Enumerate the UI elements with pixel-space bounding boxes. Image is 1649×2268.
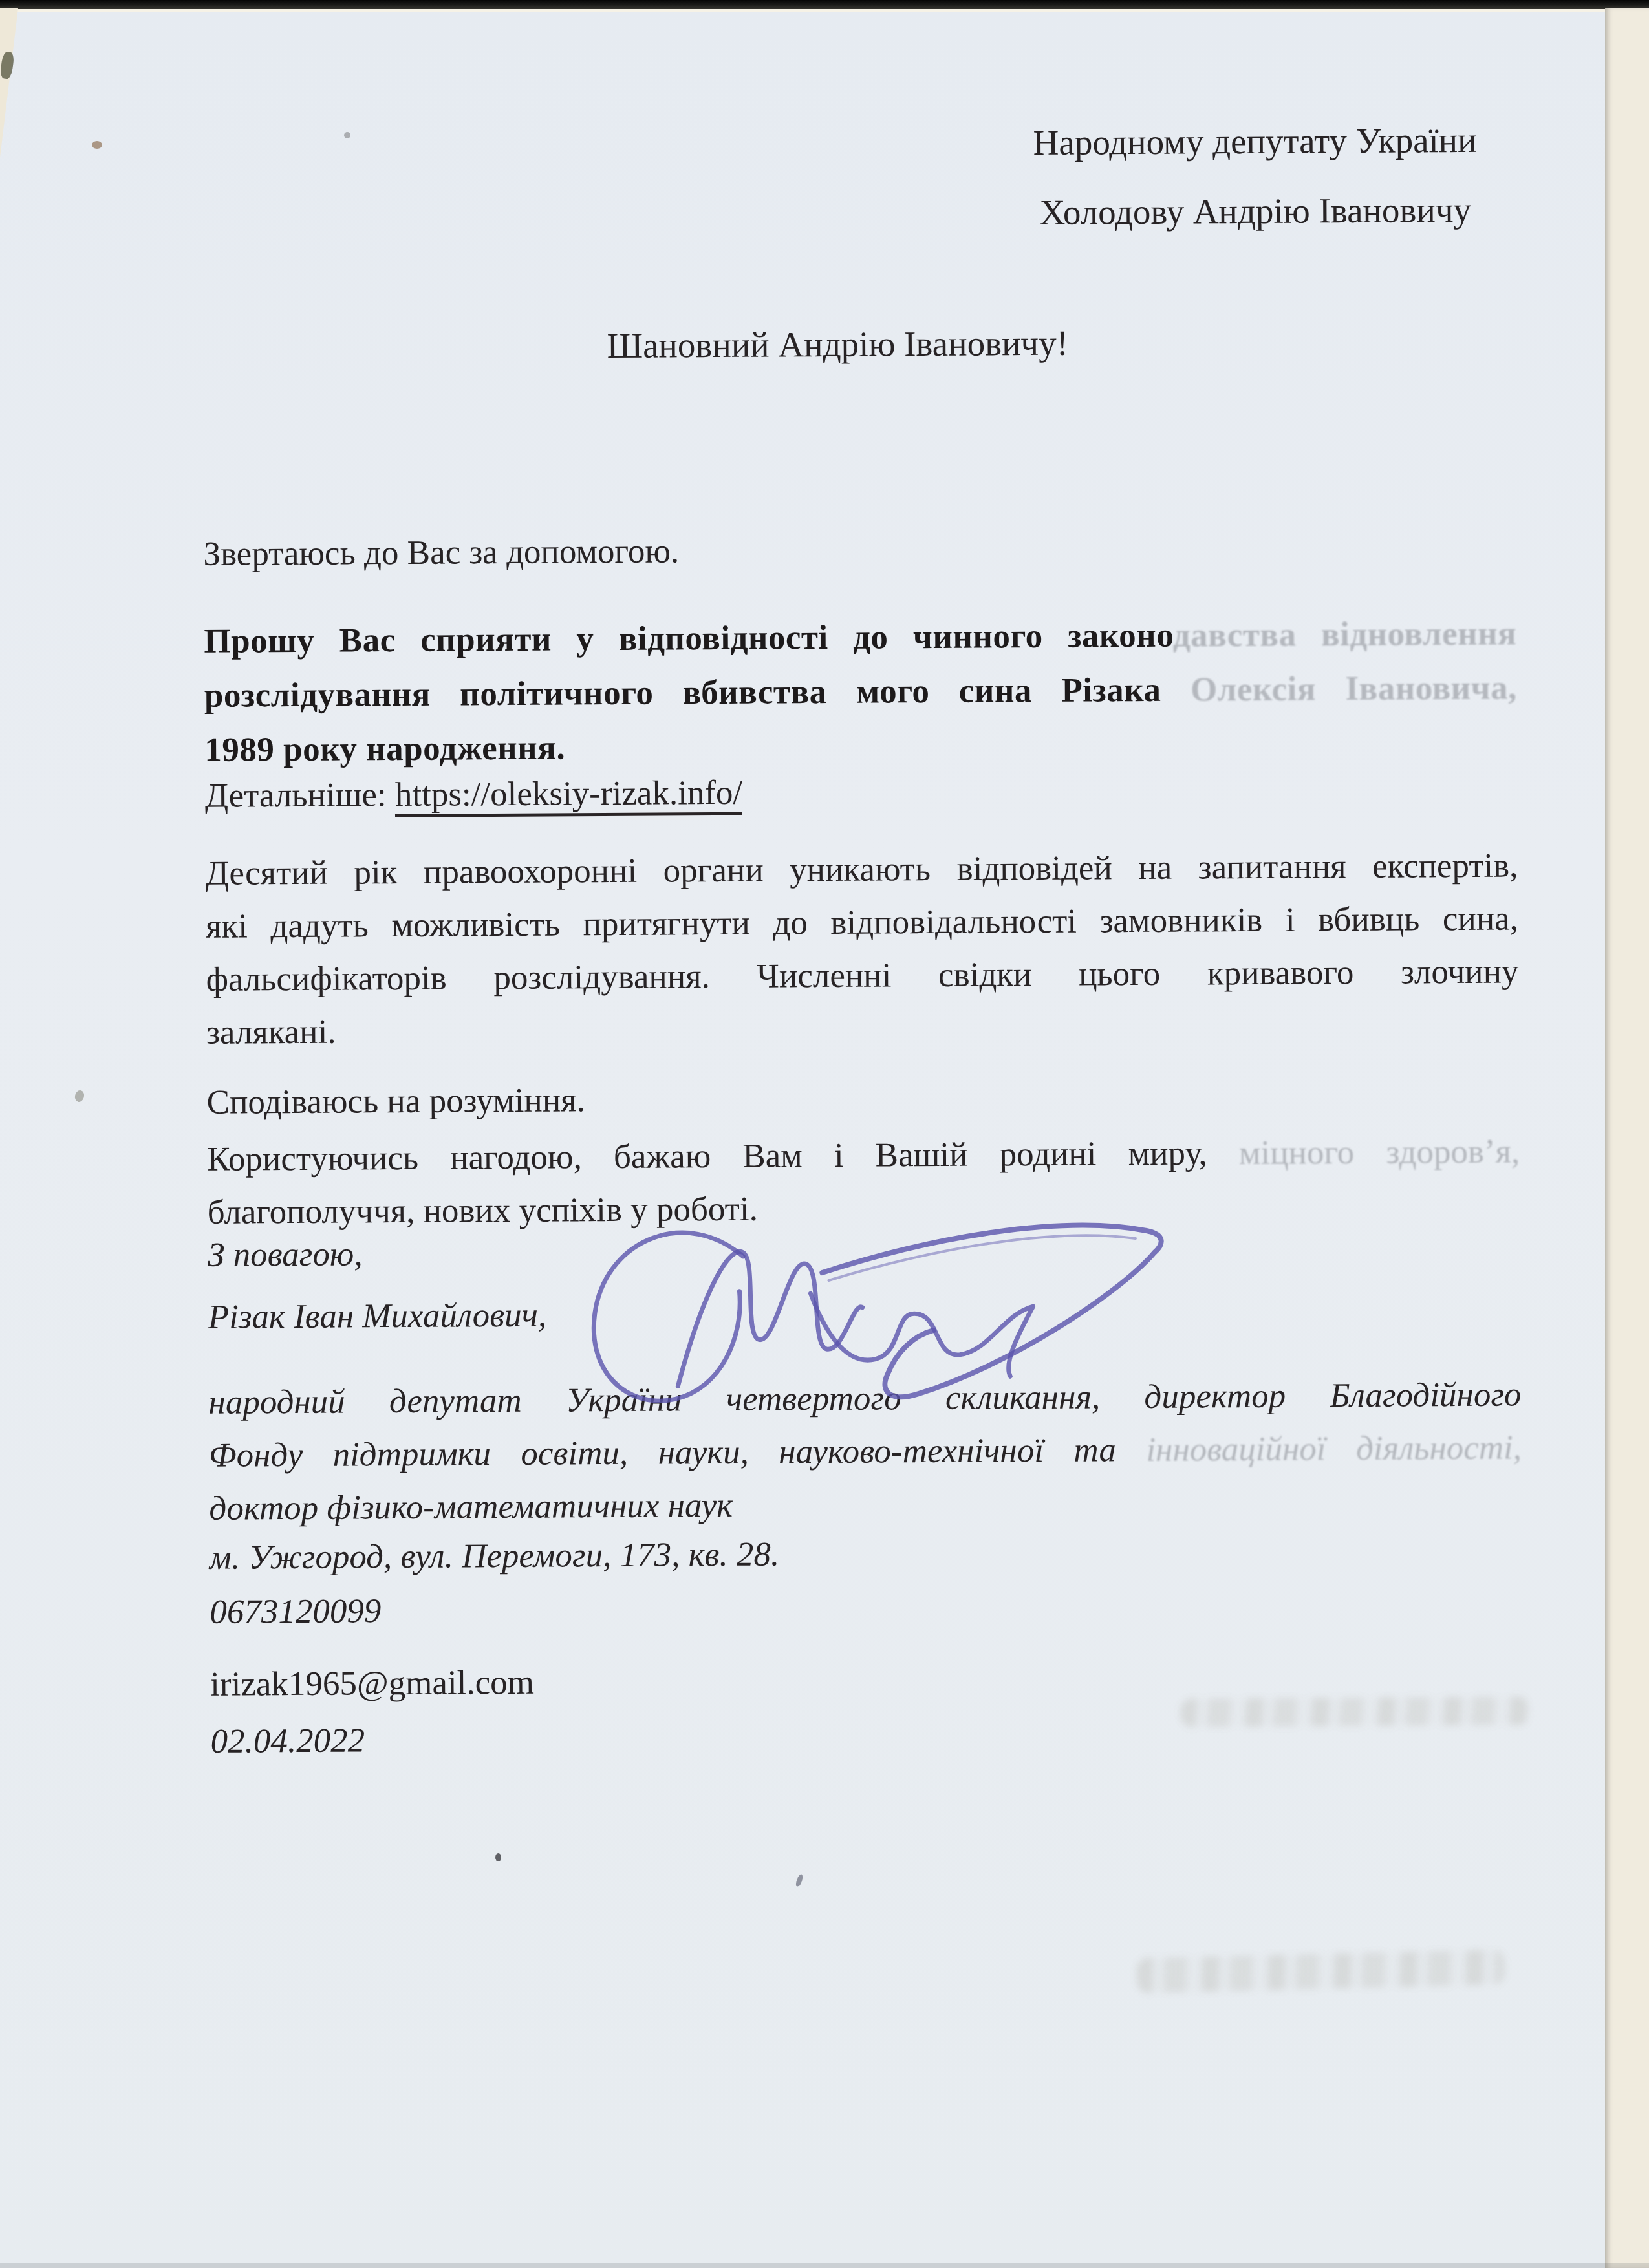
- text-segment: розслідування політичного вбивства мого …: [204, 671, 1191, 715]
- text-segment: давства відновлення: [1173, 614, 1517, 654]
- text-line: які дадуть можливість притягнути до відп…: [206, 892, 1518, 953]
- recipient-line-1: Народному депутату України: [886, 116, 1623, 166]
- text-segment: Детальніше:: [205, 776, 395, 815]
- text-line: залякані.: [206, 998, 1519, 1059]
- bleed-through-text: [1136, 1950, 1505, 1993]
- signer-address: м. Ужгород, вул. Перемоги, 173, кв. 28.: [210, 1523, 1522, 1584]
- text-line: Детальніше: https://oleksiy-rizak.info/: [205, 761, 1518, 822]
- text-segment: доктор фізико-математичних наук: [209, 1487, 733, 1528]
- text-line: 0673120099: [210, 1577, 1522, 1638]
- text-segment: Прошу Вас сприяти у відповідності до чин…: [204, 617, 1173, 660]
- text-segment: міцного здоров’я,: [1239, 1132, 1520, 1172]
- text-segment: Олексія Івановича,: [1191, 669, 1517, 708]
- text-segment: З повагою,: [208, 1235, 363, 1273]
- text-line: Звертаюсь до Вас за допомогою.: [203, 519, 1516, 580]
- text-segment: 0673120099: [210, 1592, 381, 1631]
- letter-content: Народному депутату України Холодову Андр…: [0, 0, 1649, 2268]
- recipient-line-2: Холодову Андрію Івановичу: [887, 186, 1624, 236]
- text-line: Прошу Вас сприяти у відповідності до чин…: [204, 606, 1516, 668]
- handwritten-signature: [550, 1181, 1262, 1444]
- text-line: Сподіваюсь на розуміння.: [206, 1068, 1519, 1129]
- text-segment: Десятий рік правоохоронні органи уникают…: [205, 847, 1518, 892]
- text-segment: м. Ужгород, вул. Перемоги, 173, кв. 28.: [210, 1535, 780, 1576]
- paragraph-intro: Звертаюсь до Вас за допомогою.: [203, 519, 1516, 580]
- text-segment: Звертаюсь до Вас за допомогою.: [203, 532, 679, 572]
- text-line: розслідування політичного вбивства мого …: [204, 660, 1517, 722]
- signer-phone: 0673120099: [210, 1577, 1522, 1638]
- text-segment: Різак Іван Михайлович,: [208, 1297, 547, 1336]
- paragraph-investigation: Десятий рік правоохоронні органи уникают…: [205, 839, 1519, 1059]
- text-segment: фальсифікаторів розслідування. Численні …: [206, 953, 1518, 998]
- text-segment: Користуючись нагодою, бажаю Вам і Вашій …: [207, 1134, 1239, 1178]
- text-segment: irizak1965@gmail.com: [210, 1664, 534, 1703]
- text-line: м. Ужгород, вул. Перемоги, 173, кв. 28.: [210, 1523, 1522, 1584]
- text-line: Десятий рік правоохоронні органи уникают…: [205, 839, 1518, 900]
- text-line: фальсифікаторів розслідування. Численні …: [206, 945, 1518, 1006]
- url-text: https://oleksiy-rizak.info/: [395, 774, 743, 817]
- bleed-through-text: [1180, 1696, 1529, 1727]
- text-segment: залякані.: [206, 1013, 336, 1052]
- text-segment: Сподіваюсь на розуміння.: [207, 1081, 585, 1121]
- scanned-letter-page: Народному депутату України Холодову Андр…: [0, 0, 1649, 2268]
- text-segment: 1989 року народження.: [204, 729, 565, 768]
- text-segment: 02.04.2022: [211, 1722, 365, 1760]
- text-segment: які дадуть можливість притягнути до відп…: [206, 900, 1518, 945]
- text-line: Користуючись нагодою, бажаю Вам і Вашій …: [207, 1125, 1520, 1185]
- salutation: Шановний Андрію Івановичу!: [607, 321, 1068, 369]
- paragraph-request: Прошу Вас сприяти у відповідності до чин…: [204, 606, 1518, 777]
- paragraph-hope: Сподіваюсь на розуміння.: [206, 1068, 1519, 1129]
- paragraph-details-link: Детальніше: https://oleksiy-rizak.info/: [205, 761, 1518, 822]
